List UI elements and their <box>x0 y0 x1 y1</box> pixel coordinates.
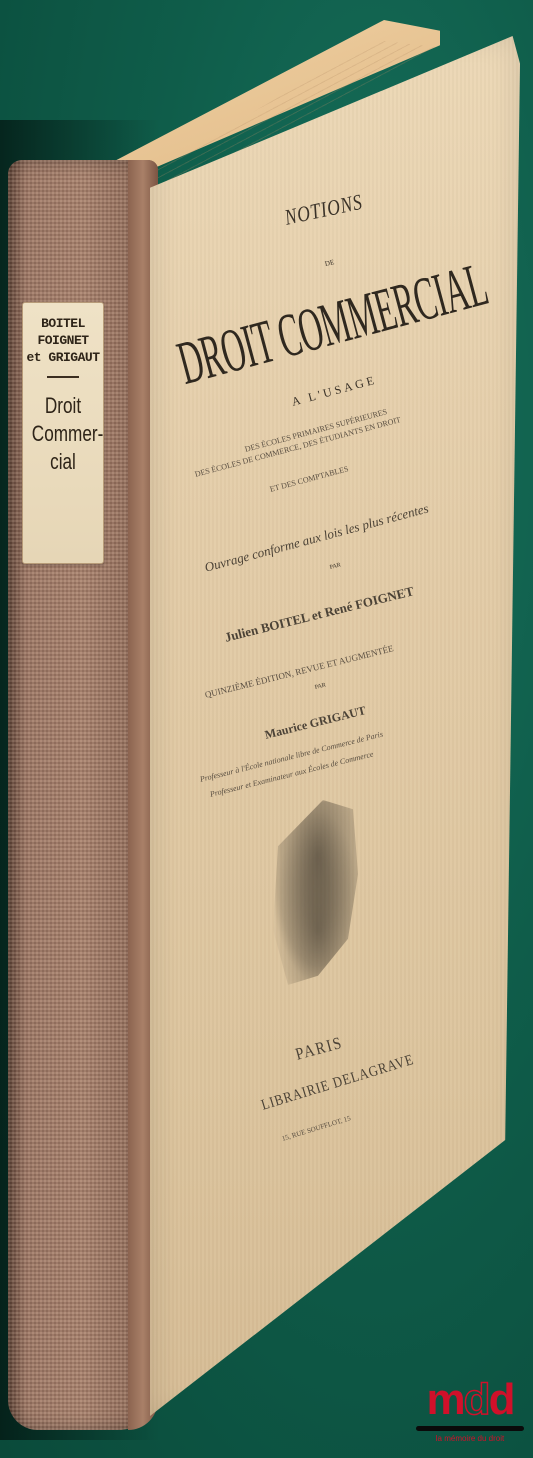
spine-title-line-1: Droit <box>32 392 94 420</box>
logo-tagline: la mémoire du droit <box>410 1434 530 1443</box>
spine-title-line-3: cial <box>32 448 94 476</box>
logo-d: d <box>489 1375 514 1424</box>
logo-bar <box>416 1426 524 1431</box>
logo-d-outline: d <box>464 1375 489 1424</box>
spine-title: Droit Commer- cial <box>32 392 94 476</box>
watermark-logo: mdd la mémoire du droit <box>410 1378 530 1443</box>
logo-mark-icon: mdd <box>410 1378 530 1422</box>
photo-scene: BOITEL FOIGNET et GRIGAUT Droit Commer- … <box>0 0 533 1458</box>
spine-author-3: et GRIGAUT <box>23 349 103 366</box>
cover-texture <box>150 36 520 1416</box>
spine-author-2: FOIGNET <box>23 332 103 349</box>
spine-author-1: BOITEL <box>23 315 103 332</box>
spine-rule <box>47 376 79 378</box>
logo-m: m <box>427 1375 464 1424</box>
spine-authors: BOITEL FOIGNET et GRIGAUT <box>23 315 103 366</box>
front-cover <box>150 36 520 1416</box>
spine-label: BOITEL FOIGNET et GRIGAUT Droit Commer- … <box>22 302 104 564</box>
spine-title-line-2: Commer- <box>32 420 94 448</box>
book-spine: BOITEL FOIGNET et GRIGAUT Droit Commer- … <box>8 160 158 1430</box>
